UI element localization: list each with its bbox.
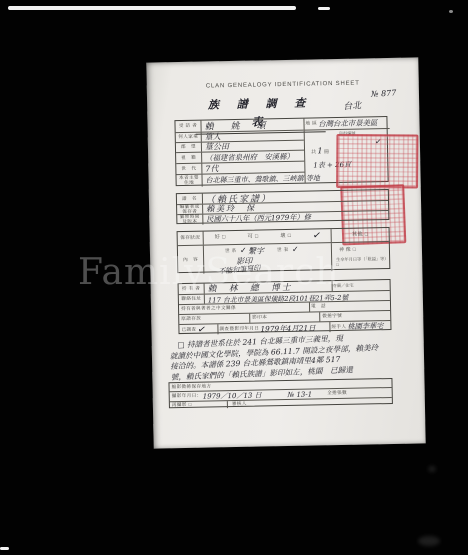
red-seal-stamp-upper [336,134,418,189]
cell-label: 影印本 [250,315,268,320]
row-label: 祖 籍 [180,155,197,160]
row-label: 持有者與著者之中文關係 [179,306,237,312]
option-fair: 可 □ [246,234,259,240]
contents-row: 內 容 世 系 ✓ 繫字 世 表 ✓ 影印 不能和筆寫印 神 像 □ 生卒年月日… [178,241,390,274]
volume-value: 1 [317,146,322,155]
handler-label: 經手人 [330,324,347,329]
row-label: 何人家乘 [177,135,199,140]
handwritten-remarks: □ 持譜者世系住於 241 台北縣三重市三義里，現 就讀於中國文化學院，學院為 … [169,331,403,383]
holder-place-type: 寺廟／住宅 [333,283,354,288]
row-label: 內 容 [182,257,199,262]
scanned-microfilm-frame: CLAN GENEALOGY IDENTIFICATION SHEET 族 譜 … [0,0,468,555]
film-number: № 13-1 [287,390,312,398]
volume-suffix: 冊 [324,149,329,155]
option-poor: 壞 □ [279,234,292,240]
row-label: 郡 望 [180,145,197,150]
option-good: 好 □ [214,235,227,241]
row-label: 世 代 [180,166,197,171]
row-label: 受 訪 者 [178,124,198,129]
content-note-hw: 不能和筆寫印 [218,263,261,277]
refilm-label: 再攝影 □ [170,403,193,408]
scan-artifact-mid-right [428,466,436,472]
checkmark: ✓ [196,323,206,335]
content-item-label: 世 表 [276,248,290,253]
row-value: 7代 [202,163,218,174]
cell-label: 原譜存放 [179,317,202,322]
checkmark: ✓ [240,246,247,255]
document-number: № 877 [371,88,397,98]
table-row: 本省主要住地 台北縣三重市、鶯歌鎮、三峽鎮 等地 [176,172,304,187]
row-label: 纂修時間及版本 [177,215,202,225]
option-other: 其他 □ [351,232,370,238]
surveyed-label: 已調查 [179,327,197,332]
region-label: 地 區 [304,121,318,126]
row-value: 民國六十八年（西元1979年）修 [203,213,311,225]
scan-artifact-top-dot [318,7,330,10]
row-label: 本省主要住地 [177,176,202,186]
volume-prefix: 共 [311,149,316,155]
scan-artifact-top-streak [8,6,296,10]
content-item-label: 世 系 [224,249,238,254]
genealogy-volume-table: 譜 名 （賴氏家譜） 編纂者或保存者 賴美玲 保 纂修時間及版本 民國六十八年（… [176,189,390,224]
checkmark: ✓ [292,245,299,254]
content-right-option-2: 生卒年月日等（「妣謚」等）□ [336,257,388,267]
survey-date-label: 調查暨影印年月日 [218,326,260,332]
row-value: 台北縣三重市、鶯歌鎮、三峽鎮 等地 [202,173,319,185]
row-label: 保存狀況 [179,236,201,241]
film-storage-label: 縮影微捲保存地方 [170,384,213,390]
scan-artifact-bottom-right [418,536,440,546]
row-label: 聯絡住址 [180,297,202,302]
checkmark: ✓ [312,230,322,242]
subject-info-left: 受 訪 者 賴 姚 頌 何人家乘 篁人 郡 望 篁公田 祖 籍 （福建省泉州府 … [175,119,304,185]
content-right-option: 神 像 □ [338,248,357,253]
film-pages-label: 全捲張數 [326,391,348,396]
row-label: 持 有 者 [181,286,201,291]
volume-count: 共 1 冊 [311,146,329,155]
scan-artifact-speck-1 [449,10,453,13]
city-annotation: 台北 [343,98,362,113]
film-date-label: 攝影年月日： [170,394,203,399]
holder-table: 持 有 者 賴 林 總 博士 寺廟／住宅 聯絡住址 117 台北市景美區保儀路2… [178,279,392,334]
phone-label: 電 話 [310,304,327,309]
survey-date-value: 1979年4月21日 [260,322,315,334]
row-label: 譜 名 [181,196,198,201]
row-value: （福建省泉州府 安溪縣） [202,150,294,163]
scan-artifact-bottom-left [0,547,9,550]
cell-label: 微捲字號 [320,314,343,319]
handler-value: 桃園李華宅 [347,321,383,332]
reviewer-label: 審核人 [228,402,248,407]
film-date-value: 1979／10／13 日 [203,390,262,401]
condition-table: 保存狀況 好 □ 可 □ 壞 □ ✓ 其他 □ 內 容 世 系 ✓ 繫字 世 表 [177,227,391,273]
document-page: CLAN GENEALOGY IDENTIFICATION SHEET 族 譜 … [146,57,425,448]
microfilm-table: 縮影微捲保存地方 攝影年月日： 1979／10／13 日 № 13-1 全捲張數… [168,378,392,408]
